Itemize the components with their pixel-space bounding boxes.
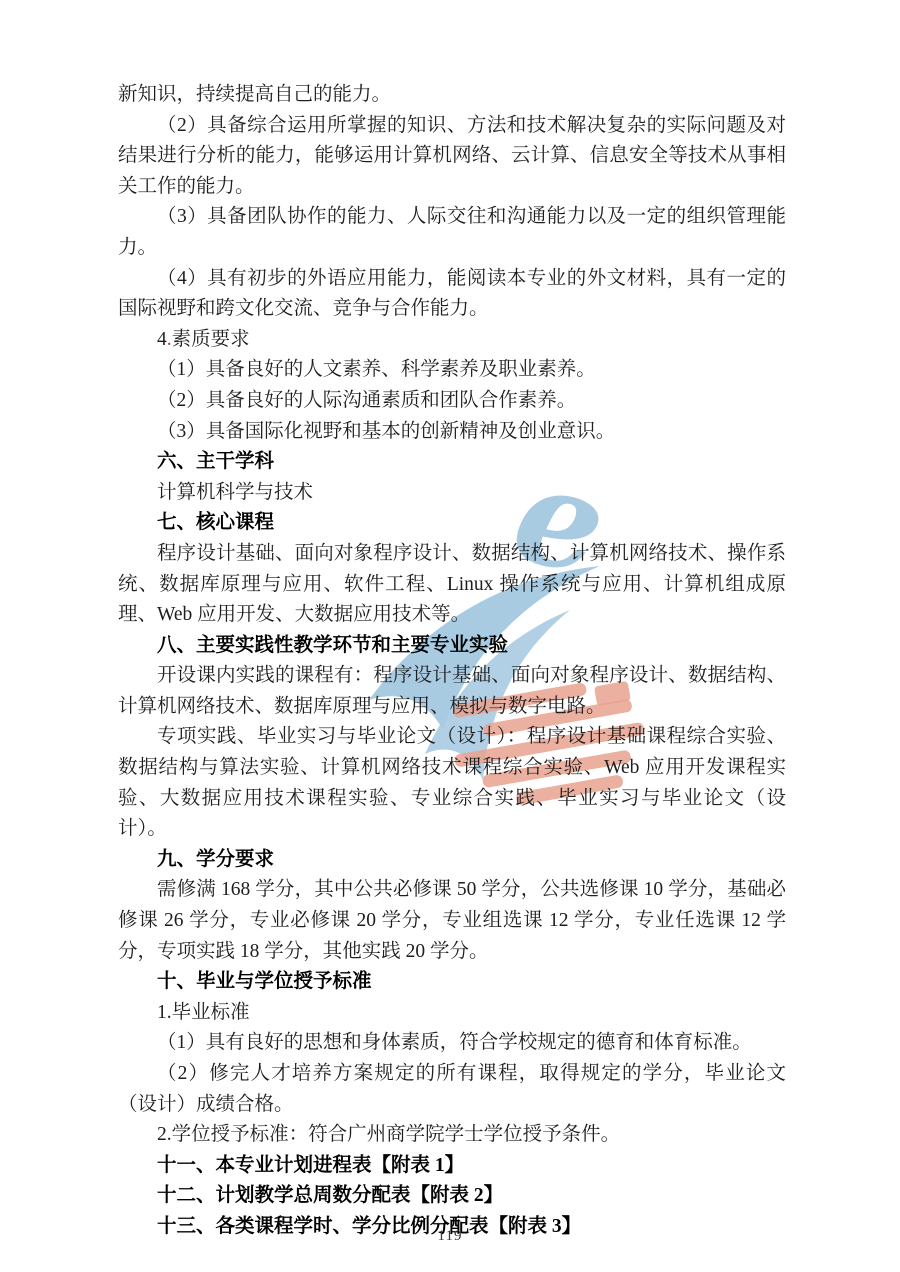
page-number: 119 xyxy=(0,1228,900,1245)
paragraph: 程序设计基础、面向对象程序设计、数据结构、计算机网络技术、操作系统、数据库原理与… xyxy=(118,539,786,631)
paragraph: 计算机科学与技术 xyxy=(118,478,786,509)
paragraph: 2.学位授予标准：符合广州商学院学士学位授予条件。 xyxy=(118,1120,786,1151)
paragraph: （1）具备良好的人文素养、科学素养及职业素养。 xyxy=(118,355,786,386)
paragraph: 4.素质要求 xyxy=(118,325,786,356)
paragraph: 新知识，持续提高自己的能力。 xyxy=(118,80,786,111)
section-heading: 八、主要实践性教学环节和主要专业实验 xyxy=(118,631,786,662)
paragraph: 开设课内实践的课程有：程序设计基础、面向对象程序设计、数据结构、计算机网络技术、… xyxy=(118,661,786,722)
paragraph: （2）具备良好的人际沟通素质和团队合作素养。 xyxy=(118,386,786,417)
section-heading: 六、主干学科 xyxy=(118,447,786,478)
section-heading: 七、核心课程 xyxy=(118,508,786,539)
paragraph: （2）修完人才培养方案规定的所有课程，取得规定的学分，毕业论文（设计）成绩合格。 xyxy=(118,1059,786,1120)
section-heading: 九、学分要求 xyxy=(118,845,786,876)
text-run: 素质要求 xyxy=(172,329,250,350)
paragraph: （1）具有良好的思想和身体素质，符合学校规定的德育和体育标准。 xyxy=(118,1028,786,1059)
section-heading: 十二、计划教学总周数分配表【附表 2】 xyxy=(118,1181,786,1212)
document-body: 新知识，持续提高自己的能力。（2）具备综合运用所掌握的知识、方法和技术解决复杂的… xyxy=(118,80,786,1243)
paragraph: 1.毕业标准 xyxy=(118,998,786,1029)
paragraph: （3）具备国际化视野和基本的创新精神及创业意识。 xyxy=(118,417,786,448)
document-page: e 新知识，持续提高自己的能力。（2）具备综合运用所掌握的知识、方法和技术解决复… xyxy=(0,0,900,1272)
paragraph: （4）具有初步的外语应用能力，能阅读本专业的外文材料，具有一定的国际视野和跨文化… xyxy=(118,264,786,325)
paragraph: （2）具备综合运用所掌握的知识、方法和技术解决复杂的实际问题及对结果进行分析的能… xyxy=(118,111,786,203)
section-heading: 十、毕业与学位授予标准 xyxy=(118,967,786,998)
paragraph: 专项实践、毕业实习与毕业论文（设计）：程序设计基础课程综合实验、数据结构与算法实… xyxy=(118,722,786,844)
text-run: 4 xyxy=(157,329,167,350)
paragraph: 需修满 168 学分，其中公共必修课 50 学分，公共选修课 10 学分，基础必… xyxy=(118,875,786,967)
paragraph: （3）具备团队协作的能力、人际交往和沟通能力以及一定的组织管理能力。 xyxy=(118,202,786,263)
section-heading: 十一、本专业计划进程表【附表 1】 xyxy=(118,1151,786,1182)
